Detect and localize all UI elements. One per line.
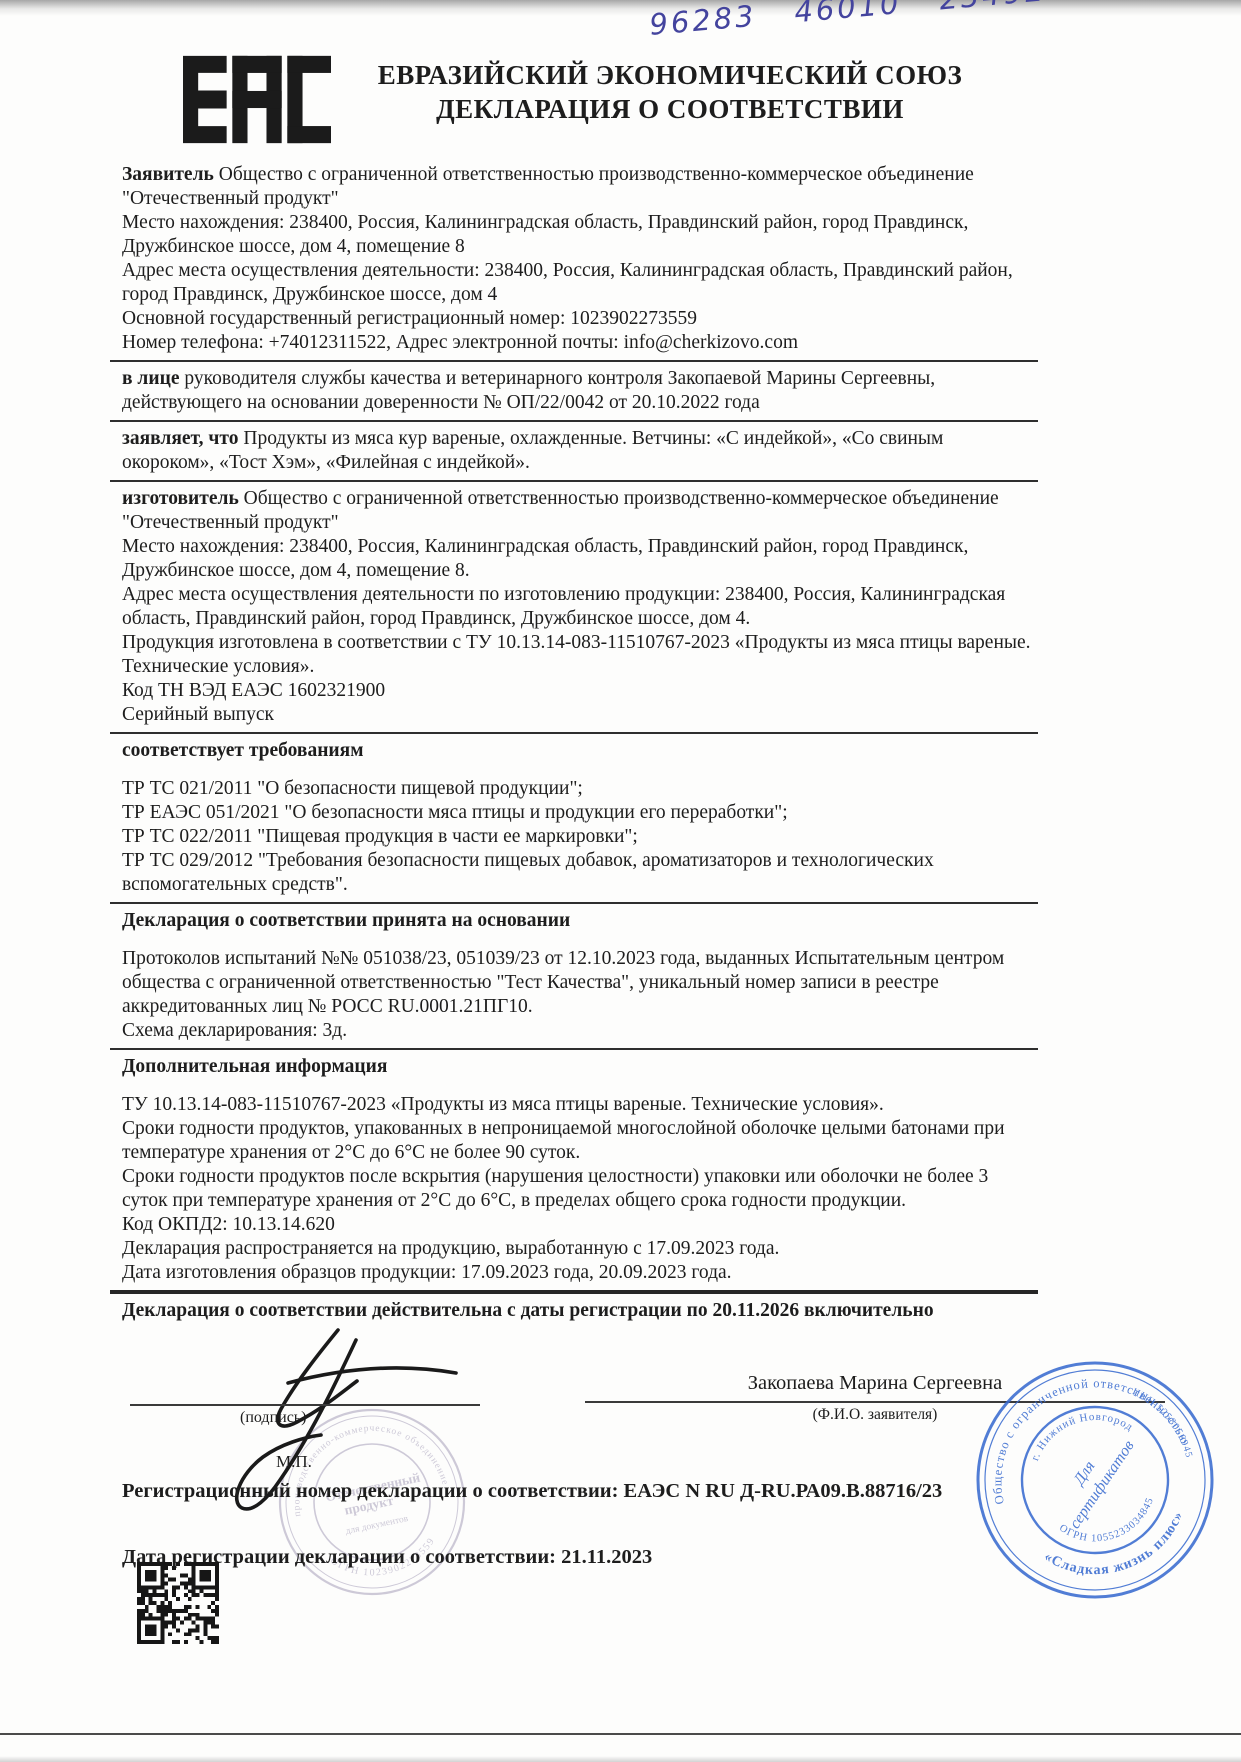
document-title: ЕВРАЗИЙСКИЙ ЭКОНОМИЧЕСКИЙ СОЮЗ ДЕКЛАРАЦИ…: [350, 58, 990, 126]
declares-paragraph: заявляет, что Продукты из мяса кур варен…: [110, 427, 1038, 475]
scan-shadow-bottom: [0, 1756, 1241, 1762]
requirement-item: ТР ЕАЭС 051/2021 "О безопасности мяса пт…: [122, 801, 1038, 825]
manufacturer-details: Место нахождения: 238400, Россия, Калини…: [110, 535, 1038, 727]
manufacturer-detail-line: Серийный выпуск: [122, 703, 1038, 727]
stamp-place-mark: М.П.: [276, 1452, 312, 1472]
manufacturer-detail-line: Место нахождения: 238400, Россия, Калини…: [122, 535, 1038, 583]
registration-number-line: Регистрационный номер декларации о соотв…: [122, 1480, 1172, 1503]
applicant-name-line: [585, 1401, 1165, 1403]
applicant-label: Заявитель: [122, 164, 214, 185]
document-body: Заявитель Общество с ограниченной ответс…: [110, 163, 1038, 1323]
person-paragraph: в лице руководителя службы качества и ве…: [110, 367, 1038, 415]
basis-paragraph: Схема декларирования: 3д.: [122, 1019, 1038, 1043]
section-divider: [110, 732, 1038, 734]
additional-info-paragraph: Код ОКПД2: 10.13.14.620: [122, 1213, 1038, 1237]
handwritten-signature: [170, 1312, 490, 1542]
basis-paragraph: Протоколов испытаний №№ 051038/23, 05103…: [122, 947, 1038, 1019]
handwritten-numbers: 96283 46010 23492: [648, 0, 1129, 42]
title-line-1: ЕВРАЗИЙСКИЙ ЭКОНОМИЧЕСКИЙ СОЮЗ: [350, 58, 990, 92]
section-divider: [110, 1048, 1038, 1050]
basis-paragraphs: Протоколов испытаний №№ 051038/23, 05103…: [110, 947, 1038, 1043]
requirement-item: ТР ТС 022/2011 "Пищевая продукция в част…: [122, 825, 1038, 849]
section-divider: [110, 902, 1038, 904]
applicant-name: Закопаева Марина Сергеевна: [585, 1372, 1165, 1395]
requirements-list: ТР ТС 021/2011 "О безопасности пищевой п…: [110, 777, 1038, 897]
section-divider: [110, 480, 1038, 482]
manufacturer-detail-line: Адрес места осуществления деятельности п…: [122, 583, 1038, 631]
manufacturer-paragraph: изготовитель Общество с ограниченной отв…: [110, 487, 1038, 535]
blue-stamp-name: «Сладкая жизнь плюс»: [1038, 1506, 1197, 1597]
applicant-details: Место нахождения: 238400, Россия, Калини…: [110, 211, 1038, 355]
requirements-heading: соответствует требованиям: [110, 739, 1038, 763]
additional-info-paragraph: Дата изготовления образцов продукции: 17…: [122, 1261, 1038, 1285]
basis-heading: Декларация о соответствии принята на осн…: [110, 909, 1038, 933]
title-line-2: ДЕКЛАРАЦИЯ О СООТВЕТСТВИИ: [350, 92, 990, 126]
section-divider-thick: [110, 1290, 1038, 1294]
section-divider: [110, 420, 1038, 422]
declares-text: Продукты из мяса кур вареные, охлажденны…: [122, 428, 943, 473]
applicant-detail-line: Номер телефона: +74012311522, Адрес элек…: [122, 331, 1038, 355]
requirement-item: ТР ТС 021/2011 "О безопасности пищевой п…: [122, 777, 1038, 801]
requirement-item: ТР ТС 029/2012 "Требования безопасности …: [122, 849, 1038, 897]
additional-info-paragraph: ТУ 10.13.14-083-11510767-2023 «Продукты …: [122, 1093, 1038, 1117]
signature-line: [130, 1404, 480, 1406]
applicant-company: Общество с ограниченной ответственностью…: [122, 164, 974, 209]
declares-label: заявляет, что: [122, 428, 239, 449]
person-text: руководителя службы качества и ветеринар…: [122, 368, 935, 413]
registration-date-line: Дата регистрации декларации о соответств…: [122, 1546, 1022, 1569]
declaration-document-page: 96283 46010 23492 ЕВРАЗИЙСКИЙ ЭКОНОМИЧЕС…: [0, 0, 1241, 1762]
additional-info-paragraph: Декларация распространяется на продукцию…: [122, 1237, 1038, 1261]
manufacturer-detail-line: Код ТН ВЭД ЕАЭС 1602321900: [122, 679, 1038, 703]
section-divider: [110, 360, 1038, 362]
signature-caption: (подпись): [240, 1409, 306, 1427]
additional-info-paragraph: Сроки годности продуктов после вскрытия …: [122, 1165, 1038, 1213]
applicant-name-caption: (Ф.И.О. заявителя): [585, 1406, 1165, 1424]
applicant-name-block: Закопаева Марина Сергеевна (Ф.И.О. заяви…: [585, 1372, 1165, 1424]
additional-info-heading: Дополнительная информация: [110, 1055, 1038, 1079]
manufacturer-detail-line: Продукция изготовлена в соответствии с Т…: [122, 631, 1038, 679]
page-bottom-scan-line: [0, 1733, 1241, 1735]
svg-text:«Сладкая жизнь плюс»: «Сладкая жизнь плюс»: [1038, 1506, 1197, 1597]
qr-code: [137, 1562, 219, 1644]
eac-logo-icon: [183, 52, 331, 152]
person-label: в лице: [122, 368, 179, 389]
manufacturer-label: изготовитель: [122, 488, 239, 509]
applicant-detail-line: Основной государственный регистрационный…: [122, 307, 1038, 331]
applicant-detail-line: Адрес места осуществления деятельности: …: [122, 259, 1038, 307]
manufacturer-company: Общество с ограниченной ответственностью…: [122, 488, 999, 533]
applicant-detail-line: Место нахождения: 238400, Россия, Калини…: [122, 211, 1038, 259]
additional-info-paragraph: Сроки годности продуктов, упакованных в …: [122, 1117, 1038, 1165]
applicant-paragraph: Заявитель Общество с ограниченной ответс…: [110, 163, 1038, 211]
additional-info-paragraphs: ТУ 10.13.14-083-11510767-2023 «Продукты …: [110, 1093, 1038, 1285]
